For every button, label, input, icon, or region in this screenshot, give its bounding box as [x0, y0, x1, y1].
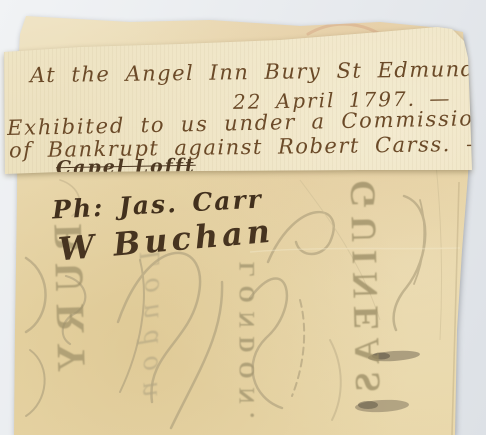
- annotation-line-location: At the Angel Inn Bury St Edmunds: [30, 57, 486, 87]
- scanned-document: BURY London LONDON. GUINEAS At the Angel…: [0, 0, 486, 435]
- struck-signature-capel-lofft: Capel Lofft: [56, 155, 196, 179]
